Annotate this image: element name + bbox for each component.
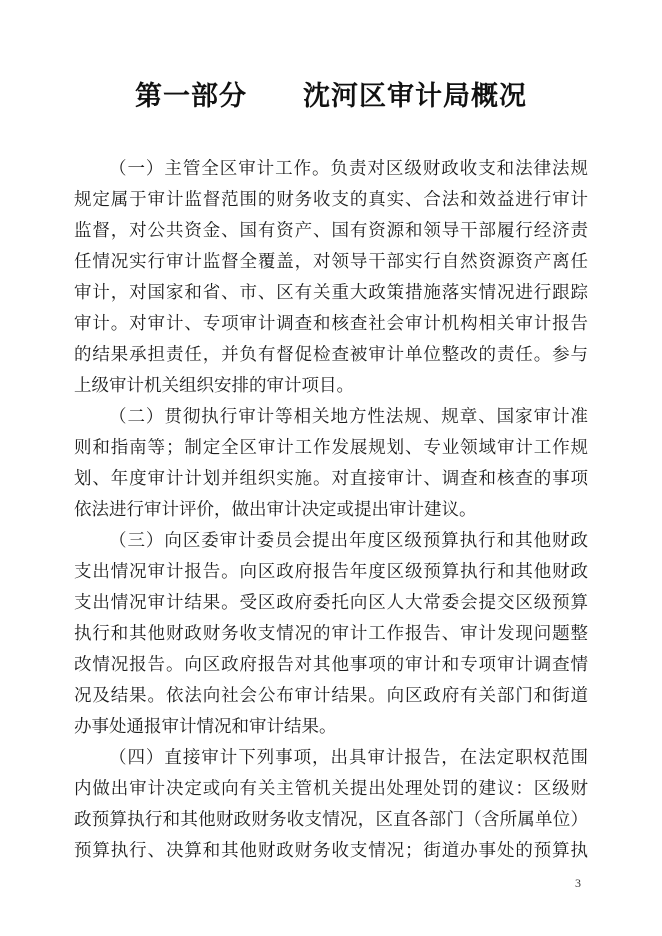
text-line: 预算执行、决算和其他财政财务收支情况；街道办事处的预算执 [74,835,588,866]
document-body: （一）主管全区审计工作。负责对区级财政收支和法律法规规定属于审计监督范围的财务收… [74,153,588,866]
text-line: 审计。对审计、专项审计调查和核查社会审计机构相关审计报告 [74,308,588,339]
text-line: 况及结果。依法向社会公布审计结果。向区政府有关部门和街道 [74,680,588,711]
document-page: 第一部分 沈河区审计局概况 （一）主管全区审计工作。负责对区级财政收支和法律法规… [0,0,662,936]
text-line: （三）向区委审计委员会提出年度区级预算执行和其他财政 [74,525,588,556]
text-line: 则和指南等；制定全区审计工作发展规划、专业领域审计工作规 [74,432,588,463]
text-line: 政预算执行和其他财政财务收支情况，区直各部门（含所属单位） [74,804,588,835]
text-line: （一）主管全区审计工作。负责对区级财政收支和法律法规 [74,153,588,184]
text-line: 依法进行审计评价，做出审计决定或提出审计建议。 [74,494,588,525]
text-line: 上级审计机关组织安排的审计项目。 [74,370,588,401]
text-line: 规定属于审计监督范围的财务收支的真实、合法和效益进行审计 [74,184,588,215]
text-line: 执行和其他财政财务收支情况的审计工作报告、审计发现问题整 [74,618,588,649]
text-line: 的结果承担责任，并负有督促检查被审计单位整改的责任。参与 [74,339,588,370]
text-line: 内做出审计决定或向有关主管机关提出处理处罚的建议：区级财 [74,773,588,804]
text-line: 支出情况审计结果。受区政府委托向区人大常委会提交区级预算 [74,587,588,618]
page-title: 第一部分 沈河区审计局概况 [0,79,662,113]
text-line: 划、年度审计计划并组织实施。对直接审计、调查和核查的事项 [74,463,588,494]
text-line: 支出情况审计报告。向区政府报告年度区级预算执行和其他财政 [74,556,588,587]
text-line: 改情况报告。向区政府报告对其他事项的审计和专项审计调查情 [74,649,588,680]
text-line: 任情况实行审计监督全覆盖，对领导干部实行自然资源资产离任 [74,246,588,277]
page-number: 3 [566,876,590,891]
text-line: 审计，对国家和省、市、区有关重大政策措施落实情况进行跟踪 [74,277,588,308]
text-line: 办事处通报审计情况和审计结果。 [74,711,588,742]
text-line: 监督，对公共资金、国有资产、国有资源和领导干部履行经济责 [74,215,588,246]
text-line: （二）贯彻执行审计等相关地方性法规、规章、国家审计准 [74,401,588,432]
text-line: （四）直接审计下列事项，出具审计报告，在法定职权范围 [74,742,588,773]
